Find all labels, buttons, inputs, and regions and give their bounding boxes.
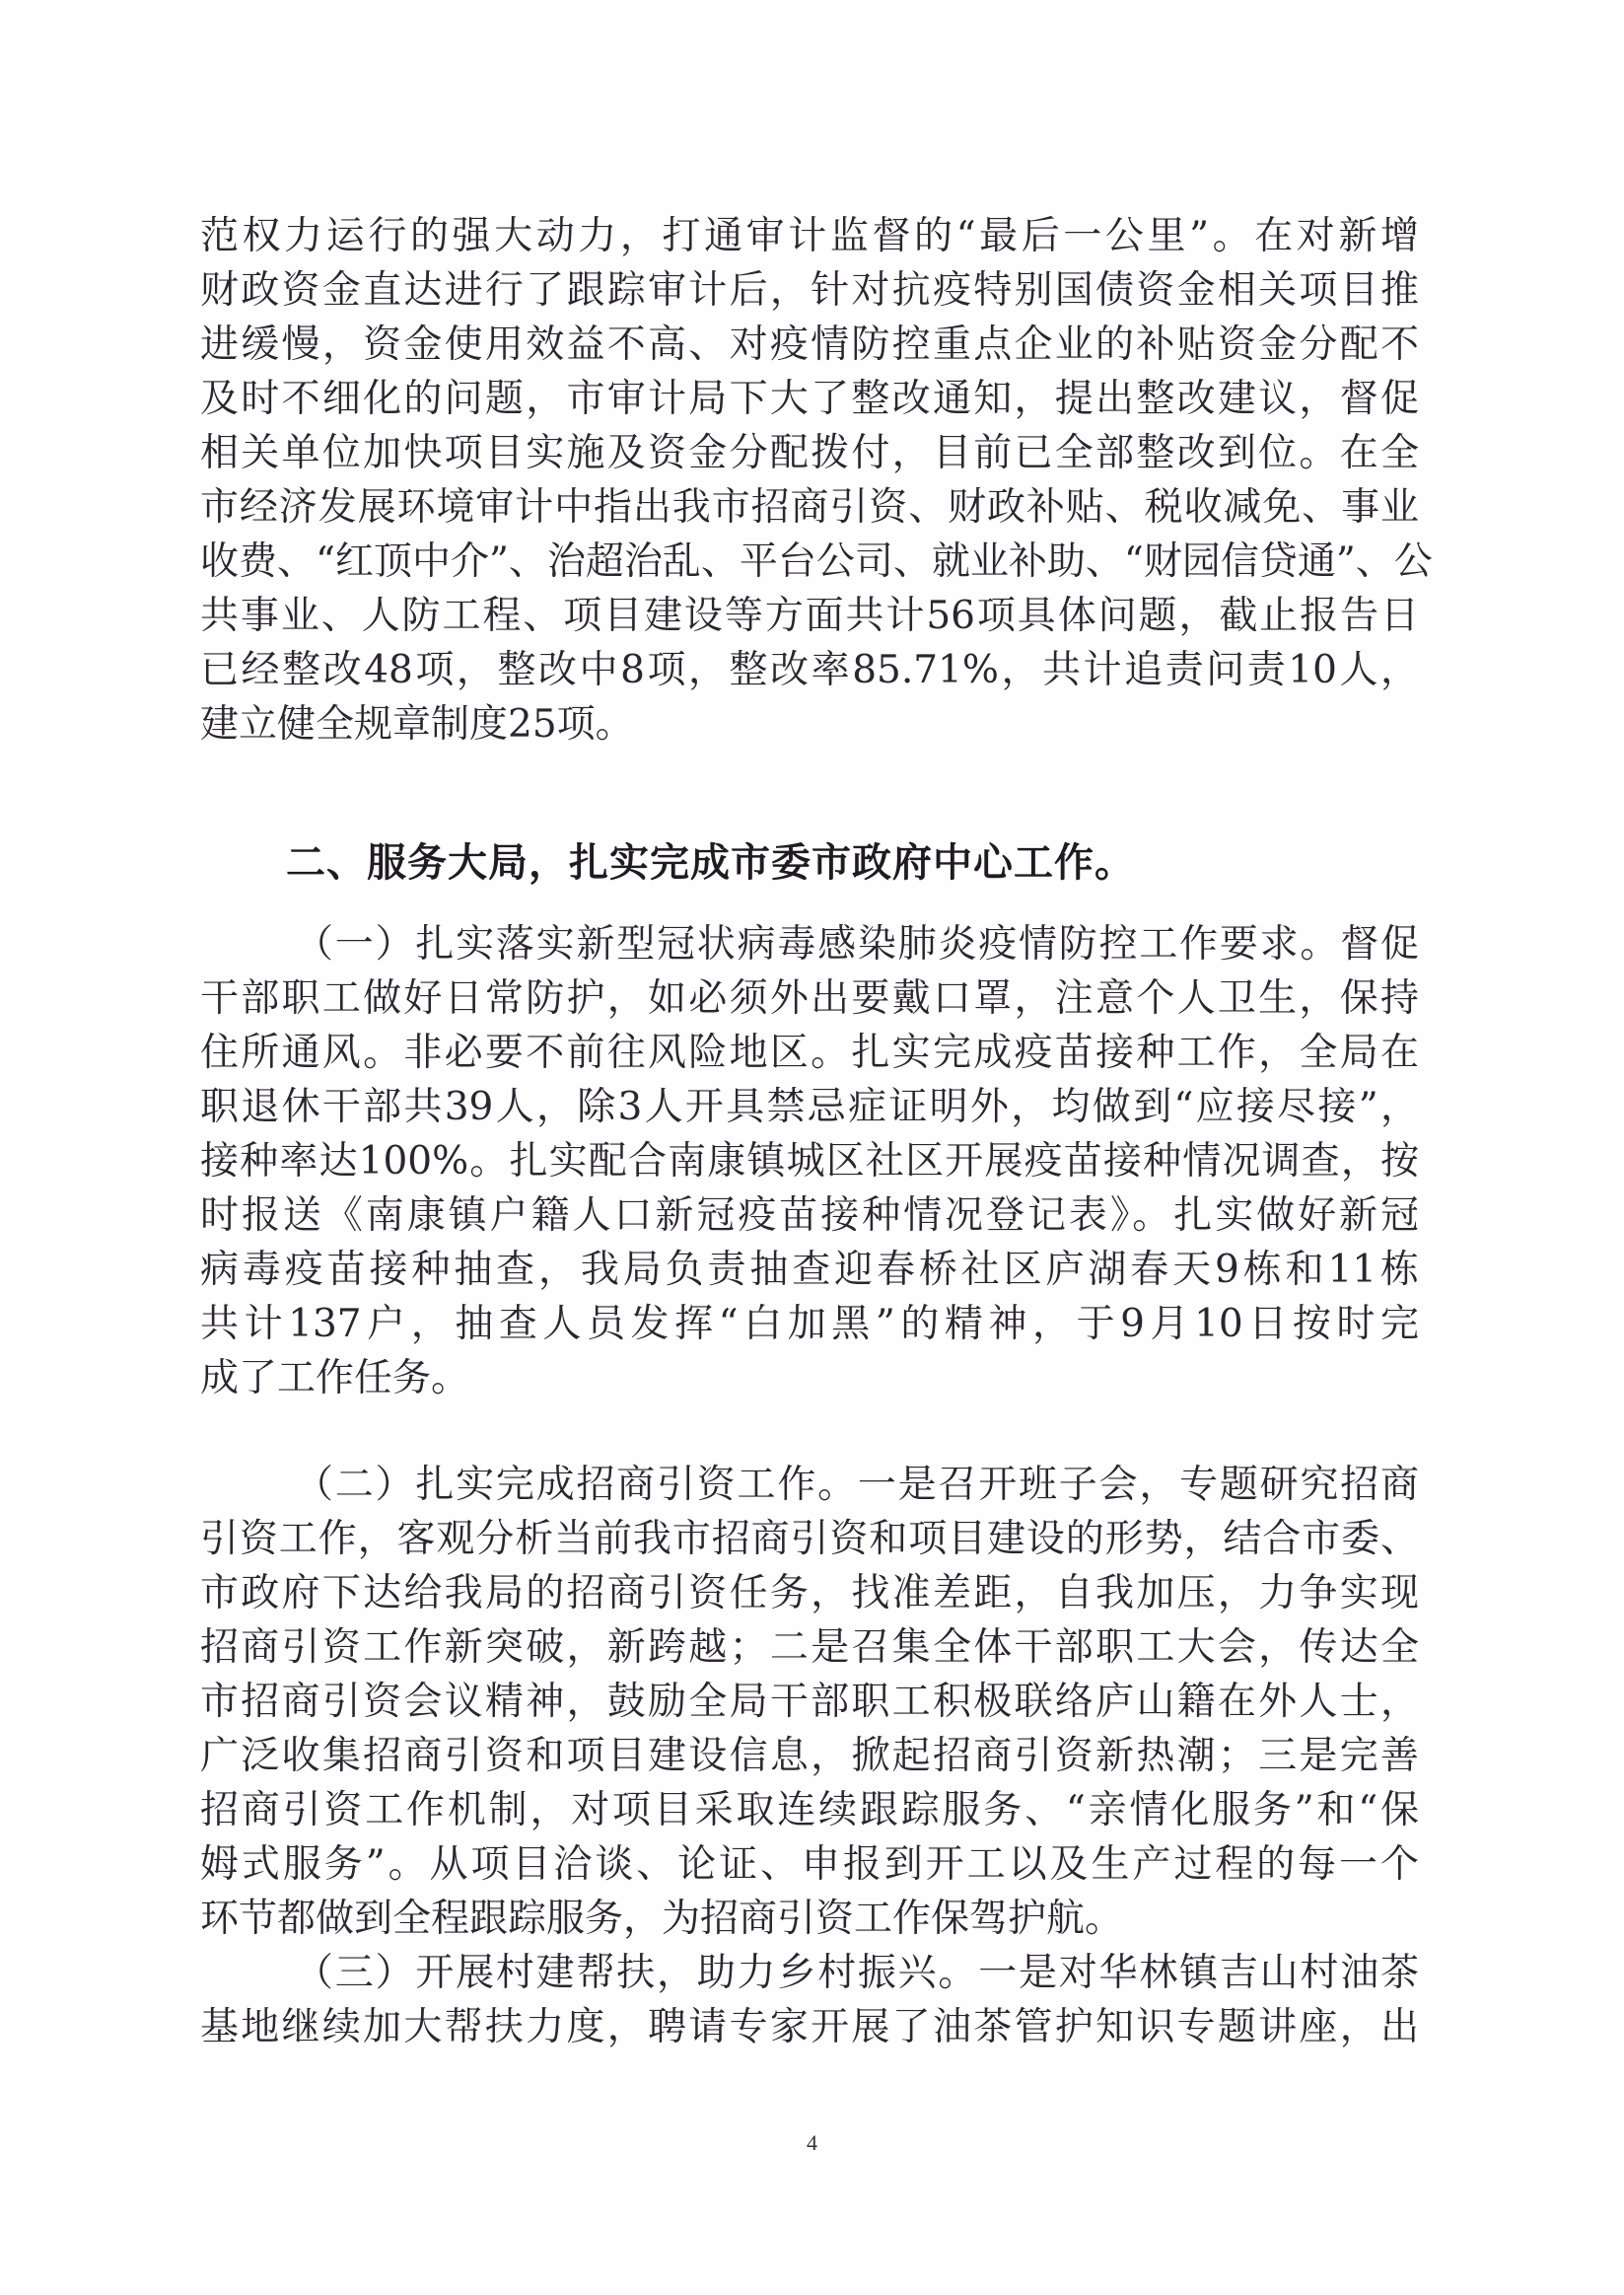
text-line: （三）开展村建帮扶，助力乡村振兴。一是对华林镇吉山村油茶 (200, 1946, 1419, 2000)
text-line: 财政资金直达进行了跟踪审计后，针对抗疫特别国债资金相关项目推 (200, 263, 1419, 318)
section-heading: 二、服务大局，扎实完成市委市政府中心工作。 (286, 836, 1135, 891)
text-line: 收费、“红顶中介”、治超治乱、平台公司、就业补助、“财园信贷通”、公 (200, 535, 1419, 589)
text-line: 住所通风。非必要不前往风险地区。扎实完成疫苗接种工作，全局在 (200, 1026, 1419, 1080)
text-line: 职退休干部共39人，除3人开具禁忌症证明外，均做到“应接尽接”， (200, 1080, 1419, 1134)
text-line: 及时不细化的问题，市审计局下大了整改通知，提出整改建议，督促 (200, 372, 1419, 426)
text-line: 共事业、人防工程、项目建设等方面共计56项具体问题，截止报告日 (200, 589, 1419, 643)
text-line: 范权力运行的强大动力，打通审计监督的“最后一公里”。在对新增 (200, 209, 1419, 263)
page-number: 4 (0, 2130, 1624, 2156)
paragraph-epidemic-prevention: （一）扎实落实新型冠状病毒感染肺炎疫情防控工作要求。督促 干部职工做好日常防护，… (200, 917, 1419, 1405)
text-line: 时报送《南康镇户籍人口新冠疫苗接种情况登记表》。扎实做好新冠 (200, 1188, 1419, 1243)
text-line: 建立健全规章制度25项。 (200, 697, 1419, 752)
text-line: 成了工作任务。 (200, 1351, 1419, 1405)
text-line: 环节都做到全程跟踪服务，为招商引资工作保驾护航。 (200, 1892, 1419, 1946)
text-line: 基地继续加大帮扶力度，聘请专家开展了油茶管护知识专题讲座，出 (200, 2000, 1419, 2054)
text-line: 市政府下达给我局的招商引资任务，找准差距，自我加压，力争实现 (200, 1566, 1419, 1620)
text-line: 进缓慢，资金使用效益不高、对疫情防控重点企业的补贴资金分配不 (200, 318, 1419, 372)
text-line: 广泛收集招商引资和项目建设信息，掀起招商引资新热潮；三是完善 (200, 1729, 1419, 1783)
text-line: 招商引资工作新突破，新跨越；二是召集全体干部职工大会，传达全 (200, 1620, 1419, 1675)
text-line: 病毒疫苗接种抽查，我局负责抽查迎春桥社区庐湖春天9栋和11栋 (200, 1243, 1419, 1297)
paragraph-investment-attraction: （二）扎实完成招商引资工作。一是召开班子会，专题研究招商 引资工作，客观分析当前… (200, 1458, 1419, 1946)
text-line: （一）扎实落实新型冠状病毒感染肺炎疫情防控工作要求。督促 (200, 917, 1419, 971)
document-page: 范权力运行的强大动力，打通审计监督的“最后一公里”。在对新增 财政资金直达进行了… (0, 0, 1624, 2295)
text-line: 姆式服务”。从项目洽谈、论证、申报到开工以及生产过程的每一个 (200, 1837, 1419, 1892)
text-line: 共计137户，抽查人员发挥“白加黑”的精神，于9月10日按时完 (200, 1297, 1419, 1351)
paragraph-audit-rectification: 范权力运行的强大动力，打通审计监督的“最后一公里”。在对新增 财政资金直达进行了… (200, 209, 1419, 752)
text-line: 接种率达100%。扎实配合南康镇城区社区开展疫苗接种情况调查，按 (200, 1134, 1419, 1188)
paragraph-rural-revitalization: （三）开展村建帮扶，助力乡村振兴。一是对华林镇吉山村油茶 基地继续加大帮扶力度，… (200, 1946, 1419, 2054)
text-line: 引资工作，客观分析当前我市招商引资和项目建设的形势，结合市委、 (200, 1512, 1419, 1566)
text-line: 市招商引资会议精神，鼓励全局干部职工积极联络庐山籍在外人士， (200, 1675, 1419, 1729)
text-line: 已经整改48项，整改中8项，整改率85.71%，共计追责问责10人， (200, 643, 1419, 697)
text-line: 市经济发展环境审计中指出我市招商引资、财政补贴、税收减免、事业 (200, 480, 1419, 535)
text-line: （二）扎实完成招商引资工作。一是召开班子会，专题研究招商 (200, 1458, 1419, 1512)
text-line: 干部职工做好日常防护，如必须外出要戴口罩，注意个人卫生，保持 (200, 971, 1419, 1026)
text-line: 相关单位加快项目实施及资金分配拨付，目前已全部整改到位。在全 (200, 426, 1419, 480)
text-line: 招商引资工作机制，对项目采取连续跟踪服务、“亲情化服务”和“保 (200, 1783, 1419, 1837)
